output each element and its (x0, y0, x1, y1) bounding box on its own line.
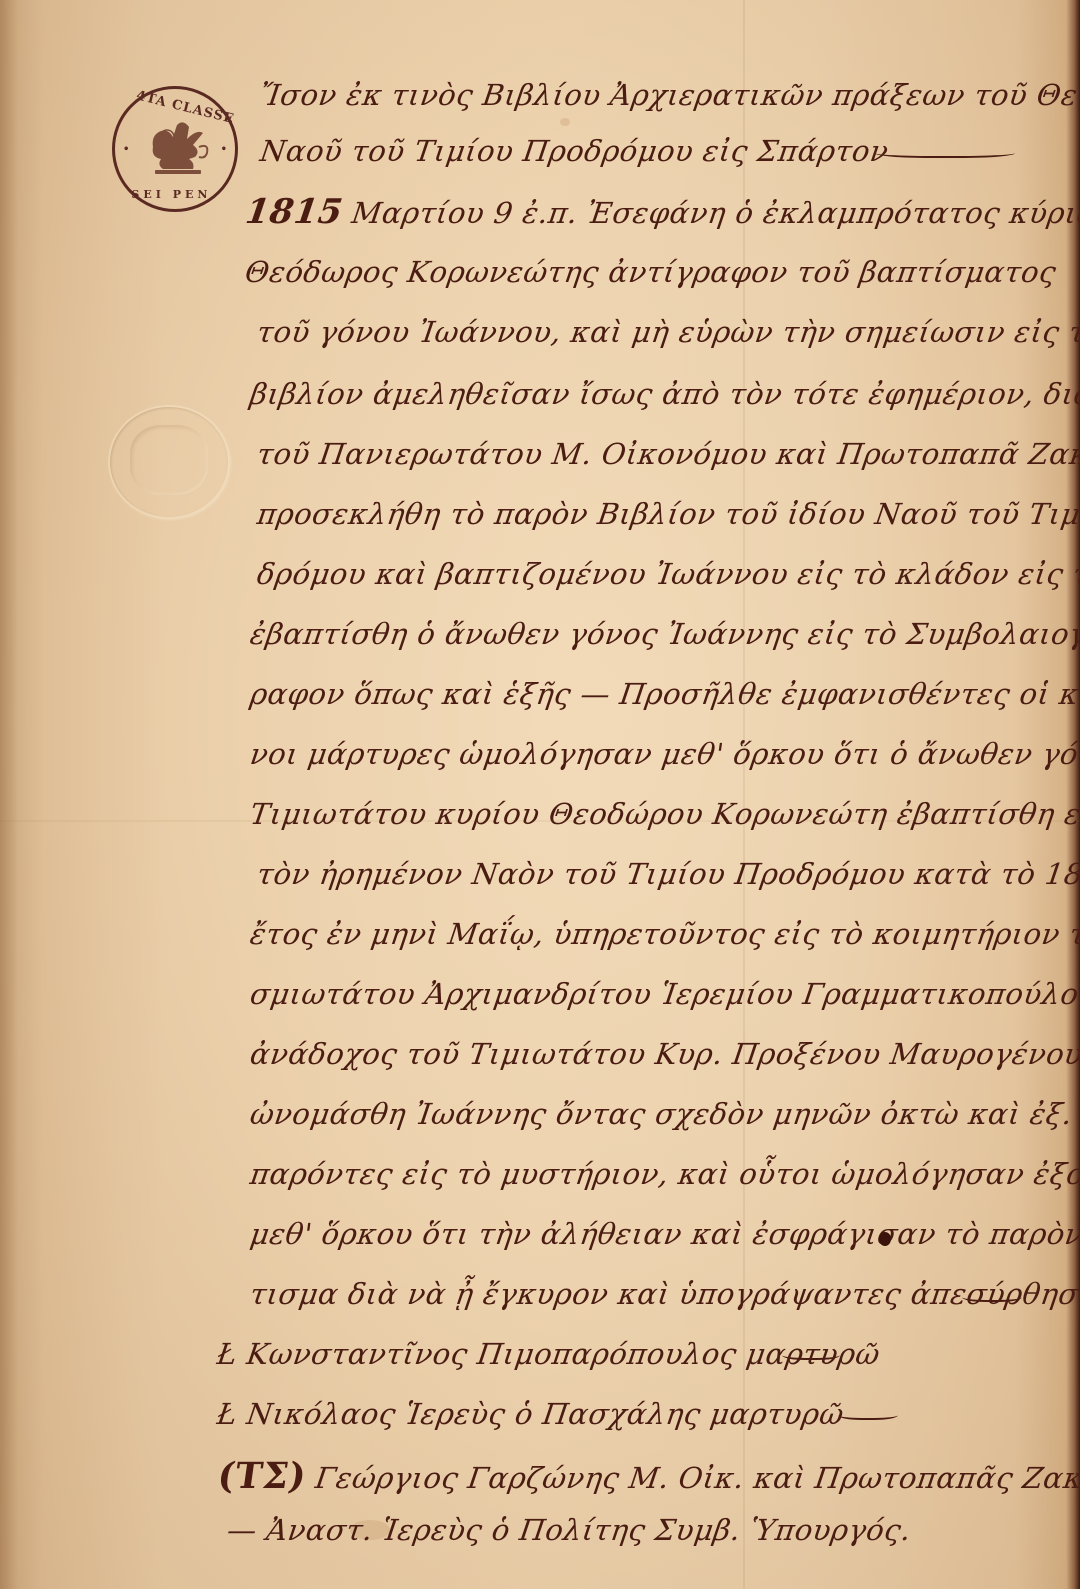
embossed-coat-of-arms-icon (130, 425, 208, 495)
winged-lion-icon (143, 117, 213, 179)
stamp-dot: • (123, 144, 129, 155)
line-flourish (962, 1290, 1022, 1302)
body-line-14: σμιωτάτου Ἀρχιμανδρίτου Ἱερεμίου Γραμματ… (248, 977, 1080, 1011)
ink-blot (879, 1232, 891, 1246)
signature-2-text: Νικόλαος Ἱερεὺς ὁ Πασχάλης μαρτυρῶ (245, 1397, 847, 1431)
signature-3-text: Γεώργιος Γαρζώνης Μ. Οἰκ. καὶ Πρωτοπαπᾶς… (313, 1461, 1080, 1495)
signature-4: — Ἀναστ. Ἱερεὺς ὁ Πολίτης Συμβ. Ὑπουργός… (225, 1513, 913, 1547)
body-line-1-text: Μαρτίου 9 ἐ.π. Ἐσεφάνη ὁ ἐκλαμπρότατος κ… (350, 196, 1080, 230)
body-line-10: νοι μάρτυρες ὡμολόγησαν μεθ' ὅρκου ὅτι ὁ… (248, 737, 1080, 771)
body-line-2: Θεόδωρος Κορωνεώτης ἀντίγραφον τοῦ βαπτί… (243, 255, 1059, 289)
body-line-4: βιβλίον ἀμεληθεῖσαν ἴσως ἀπὸ τὸν τότε ἐφ… (248, 377, 1080, 411)
body-line-19: τισμα διὰ νὰ ᾖ ἔγκυρον καὶ ὑπογράψαντες … (248, 1277, 1080, 1311)
signature-2-mark: Ł (215, 1397, 240, 1431)
body-line-18: μεθ' ὅρκου ὅτι τὴν ἀλήθειαν καὶ ἐσφράγισ… (248, 1217, 1080, 1251)
body-line-3: τοῦ γόνου Ἰωάννου, καὶ μὴ εὑρὼν τὴν σημε… (255, 315, 1080, 349)
stamp-bottom-text: SEI PEN. (115, 188, 235, 201)
line-flourish (782, 1348, 840, 1360)
page-left-shadow (0, 0, 18, 1589)
heading-line-1: Ἴσον ἐκ τινὸς Βιβλίου Ἀρχιερατικῶν πράξε… (258, 78, 1080, 112)
date-year: 1815 (243, 192, 345, 232)
document-page: 4TA CLASSE • • SEI PEN. Ἴσον ἐκ τινὸς Βι… (0, 0, 1080, 1589)
body-line-8: ἐβαπτίσθη ὁ ἄνωθεν γόνος Ἰωάννης εἰς τὸ … (248, 617, 1080, 651)
line-flourish (838, 1408, 898, 1420)
embossed-seal (108, 405, 230, 519)
body-line-7: δρόμου καὶ βαπτιζομένου Ἰωάννου εἰς τὸ κ… (255, 557, 1080, 591)
body-line-13: ἔτος ἐν μηνὶ Μαΐῳ, ὑπηρετοῦντος εἰς τὸ κ… (248, 917, 1080, 951)
body-line-16: ὠνομάσθη Ἰωάννης ὄντας σχεδὸν μηνῶν ὀκτὼ… (248, 1097, 1080, 1131)
body-line-15: ἀνάδοχος τοῦ Τιμιωτάτου Κυρ. Προξένου Μα… (248, 1037, 1080, 1071)
signature-3: (ΤΣ) Γεώργιος Γαρζώνης Μ. Οἰκ. καὶ Πρωτο… (215, 1455, 1080, 1497)
body-line-9: ραφον ὅπως καὶ ἑξῆς — Προσῆλθε ἐμφανισθέ… (248, 677, 1080, 711)
signature-4-text: Ἀναστ. Ἱερεὺς ὁ Πολίτης Συμβ. Ὑπουργός. (264, 1513, 913, 1547)
signature-2: Ł Νικόλαος Ἱερεὺς ὁ Πασχάλης μαρτυρῶ (215, 1397, 846, 1431)
body-line-12: τὸν ἠρημένον Ναὸν τοῦ Τιμίου Προδρόμου κ… (255, 857, 1080, 891)
signature-1-mark: Ł (215, 1337, 240, 1371)
stamp-dot: • (221, 144, 227, 155)
body-line-11: Τιμιωτάτου κυρίου Θεοδώρου Κορωνεώτη ἐβα… (248, 797, 1080, 831)
signature-4-mark: — (225, 1513, 259, 1547)
body-line-1: 1815 Μαρτίου 9 ἐ.π. Ἐσεφάνη ὁ ἐκλαμπρότα… (243, 192, 1080, 232)
seal-mark: (ΤΣ) (215, 1455, 309, 1497)
body-line-17: παρόντες εἰς τὸ μυστήριον, καὶ οὗτοι ὡμο… (248, 1157, 1080, 1191)
body-line-6: προσεκλήθη τὸ παρὸν Βιβλίον τοῦ ἰδίου Να… (255, 497, 1080, 531)
heading-line-2: Ναοῦ τοῦ Τιμίου Προδρόμου εἰς Σπάρτον (258, 134, 891, 168)
page-torn-right-edge (1066, 0, 1080, 1589)
tax-stamp: 4TA CLASSE • • SEI PEN. (112, 86, 238, 212)
ink-stain (560, 118, 570, 126)
line-flourish (875, 146, 1015, 158)
body-line-5: τοῦ Πανιερωτάτου Μ. Οἰκονόμου καὶ Πρωτοπ… (255, 437, 1080, 471)
